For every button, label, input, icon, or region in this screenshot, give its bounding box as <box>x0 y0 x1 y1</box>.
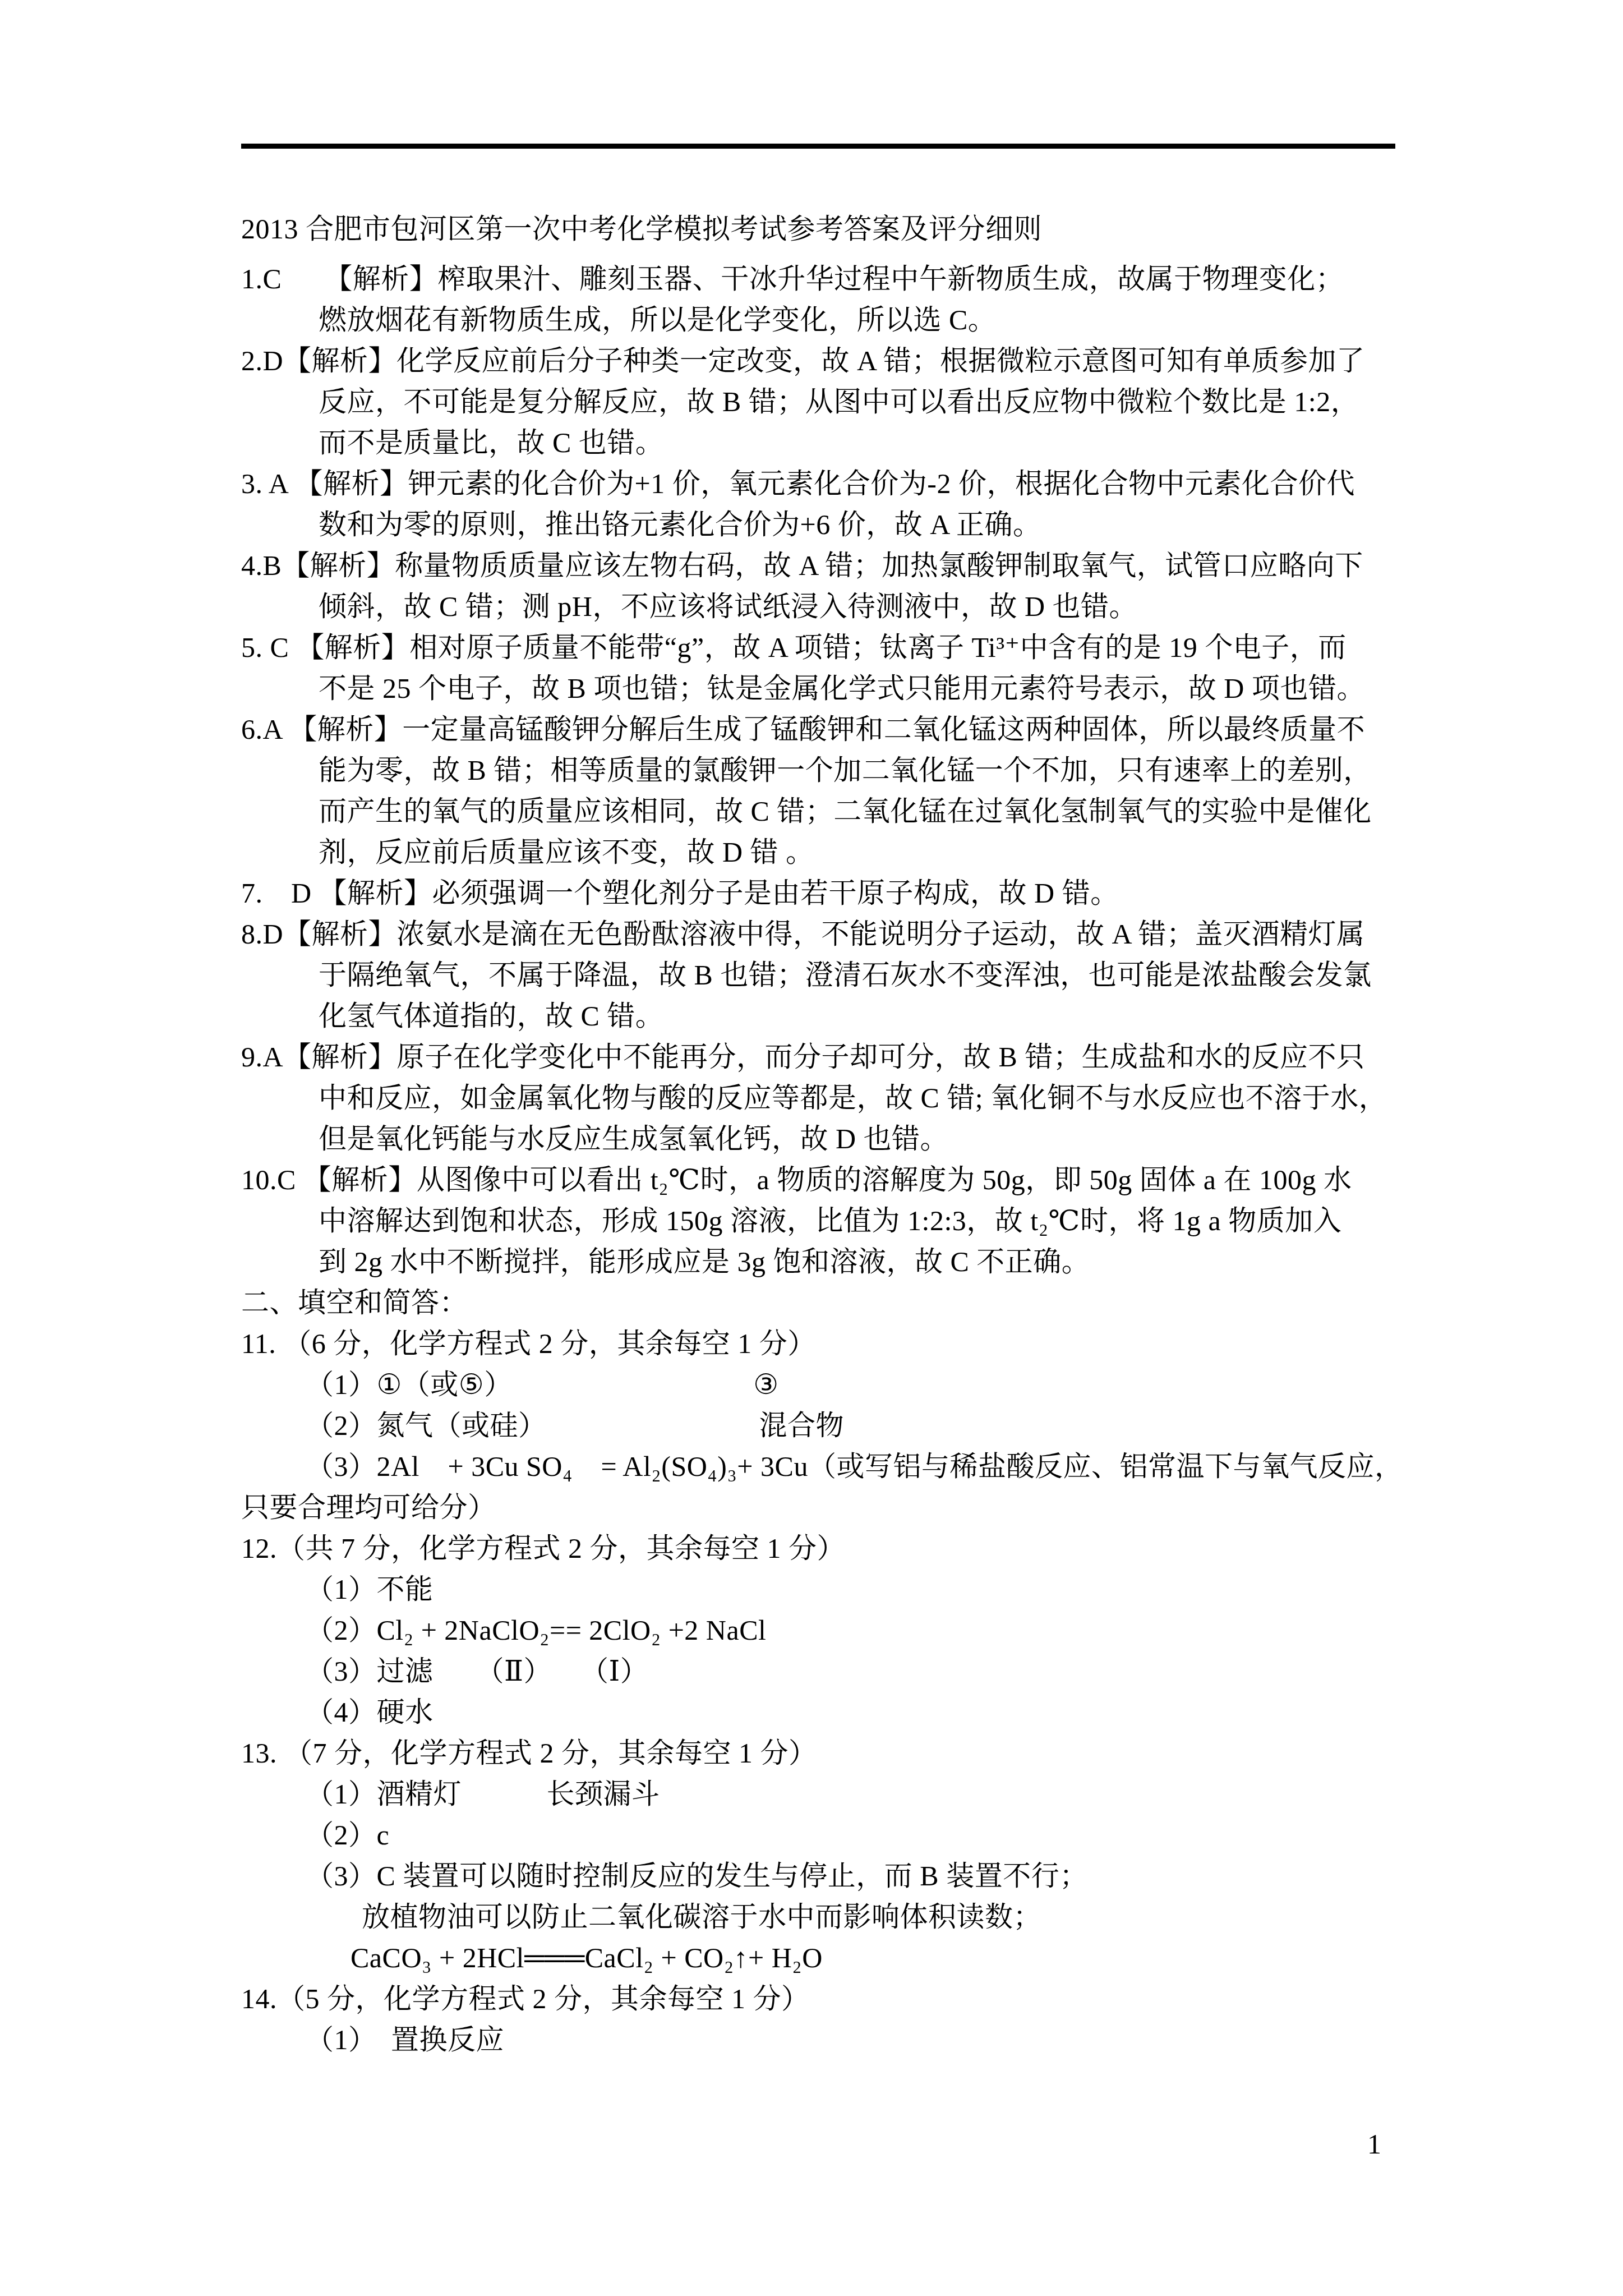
text-line: 10.C 【解析】从图像中可以看出 t₂℃时，a 物质的溶解度为 50g，即 5… <box>241 1159 1413 1200</box>
text-line: 二、填空和简答： <box>241 1282 1413 1323</box>
header-rule <box>241 144 1395 149</box>
text-line: （1） 置换反应 <box>241 2019 1413 2060</box>
text-line: 11. （6 分，化学方程式 2 分，其余每空 1 分） <box>241 1323 1413 1364</box>
text-line: 中和反应，如金属氧化物与酸的反应等都是，故 C 错; 氧化铜不与水反应也不溶于水… <box>241 1078 1413 1119</box>
text-line: 12.（共 7 分，化学方程式 2 分，其余每空 1 分） <box>241 1528 1413 1569</box>
text-line: （1）①（或⑤） ③ <box>241 1364 1413 1405</box>
text-line: （1）酒精灯 长颈漏斗 <box>241 1774 1413 1815</box>
text-line: （1）不能 <box>241 1569 1413 1610</box>
text-line: （2）氮气（或硅） 混合物 <box>241 1405 1413 1446</box>
document-page: 2013 合肥市包河区第一次中考化学模拟考试参考答案及评分细则1.C 【解析】榨… <box>0 0 1623 2296</box>
text-line: 14.（5 分，化学方程式 2 分，其余每空 1 分） <box>241 1978 1413 2019</box>
text-line: 7. D 【解析】必须强调一个塑化剂分子是由若干原子构成，故 D 错。 <box>241 873 1413 914</box>
text-line: 能为零，故 B 错；相等质量的氯酸钾一个加二氧化锰一个不加，只有速率上的差别， <box>241 750 1413 791</box>
text-line: 倾斜，故 C 错；测 pH，不应该将试纸浸入待测液中，故 D 也错。 <box>241 586 1413 627</box>
text-line: 1.C 【解析】榨取果汁、雕刻玉器、干冰升华过程中午新物质生成，故属于物理变化； <box>241 259 1413 300</box>
text-line: 数和为零的原则，推出铬元素化合价为+6 价，故 A 正确。 <box>241 504 1413 545</box>
text-line: 8.D【解析】浓氨水是滴在无色酚酞溶液中得，不能说明分子运动，故 A 错；盖灭酒… <box>241 914 1413 955</box>
text-line: 9.A【解析】原子在化学变化中不能再分，而分子却可分，故 B 错；生成盐和水的反… <box>241 1037 1413 1078</box>
text-line: 4.B【解析】称量物质质量应该左物右码，故 A 错；加热氯酸钾制取氧气，试管口应… <box>241 545 1413 586</box>
text-line: （4）硬水 <box>241 1692 1413 1733</box>
text-line: （3）C 装置可以随时控制反应的发生与停止，而 B 装置不行； <box>241 1856 1413 1897</box>
text-line: （3）2Al + 3Cu SO₄ = Al₂(SO₄)₃+ 3Cu（或写铝与稀盐… <box>241 1446 1413 1487</box>
text-line: 不是 25 个电子，故 B 项也错；钛是金属化学式只能用元素符号表示，故 D 项… <box>241 668 1413 709</box>
text-line: 燃放烟花有新物质生成，所以是化学变化，所以选 C。 <box>241 300 1413 341</box>
text-line: 13. （7 分，化学方程式 2 分，其余每空 1 分） <box>241 1733 1413 1774</box>
text-line: 于隔绝氧气，不属于降温，故 B 也错；澄清石灰水不变浑浊，也可能是浓盐酸会发氯 <box>241 955 1413 996</box>
text-line: 化氢气体道指的，故 C 错。 <box>241 996 1413 1037</box>
text-line: （2）Cl₂ + 2NaClO₂== 2ClO₂ +2 NaCl <box>241 1610 1413 1651</box>
text-line: 放植物油可以防止二氧化碳溶于水中而影响体积读数； <box>241 1897 1413 1938</box>
document-body: 2013 合肥市包河区第一次中考化学模拟考试参考答案及评分细则1.C 【解析】榨… <box>241 209 1413 2060</box>
text-line: （3）过滤 （Ⅱ） （Ⅰ） <box>241 1651 1413 1692</box>
text-line: CaCO₃ + 2HCl═══CaCl₂ + CO₂↑+ H₂O <box>241 1938 1413 1978</box>
text-line: 只要合理均可给分） <box>241 1487 1413 1528</box>
text-line: 到 2g 水中不断搅拌，能形成应是 3g 饱和溶液，故 C 不正确。 <box>241 1241 1413 1282</box>
text-line: 但是氧化钙能与水反应生成氢氧化钙，故 D 也错。 <box>241 1119 1413 1159</box>
document-title: 2013 合肥市包河区第一次中考化学模拟考试参考答案及评分细则 <box>241 209 1413 250</box>
text-line: 而产生的氧气的质量应该相同，故 C 错；二氧化锰在过氧化氢制氧气的实验中是催化 <box>241 791 1413 832</box>
text-line: 中溶解达到饱和状态，形成 150g 溶液，比值为 1:2:3，故 t₂℃时，将 … <box>241 1200 1413 1241</box>
page-number: 1 <box>1367 2124 1381 2165</box>
text-line: 3. A 【解析】钾元素的化合价为+1 价，氧元素化合价为-2 价，根据化合物中… <box>241 463 1413 504</box>
text-line: （2）c <box>241 1815 1413 1856</box>
text-line: 反应，不可能是复分解反应，故 B 错；从图中可以看出反应物中微粒个数比是 1:2… <box>241 381 1413 422</box>
text-line: 而不是质量比，故 C 也错。 <box>241 422 1413 463</box>
text-line: 6.A 【解析】一定量高锰酸钾分解后生成了锰酸钾和二氧化锰这两种固体，所以最终质… <box>241 709 1413 750</box>
text-line: 5. C 【解析】相对原子质量不能带“g”，故 A 项错；钛离子 Ti³⁺中含有… <box>241 627 1413 668</box>
text-line: 2.D【解析】化学反应前后分子种类一定改变，故 A 错；根据微粒示意图可知有单质… <box>241 341 1413 381</box>
text-line: 剂，反应前后质量应该不变，故 D 错 。 <box>241 832 1413 873</box>
